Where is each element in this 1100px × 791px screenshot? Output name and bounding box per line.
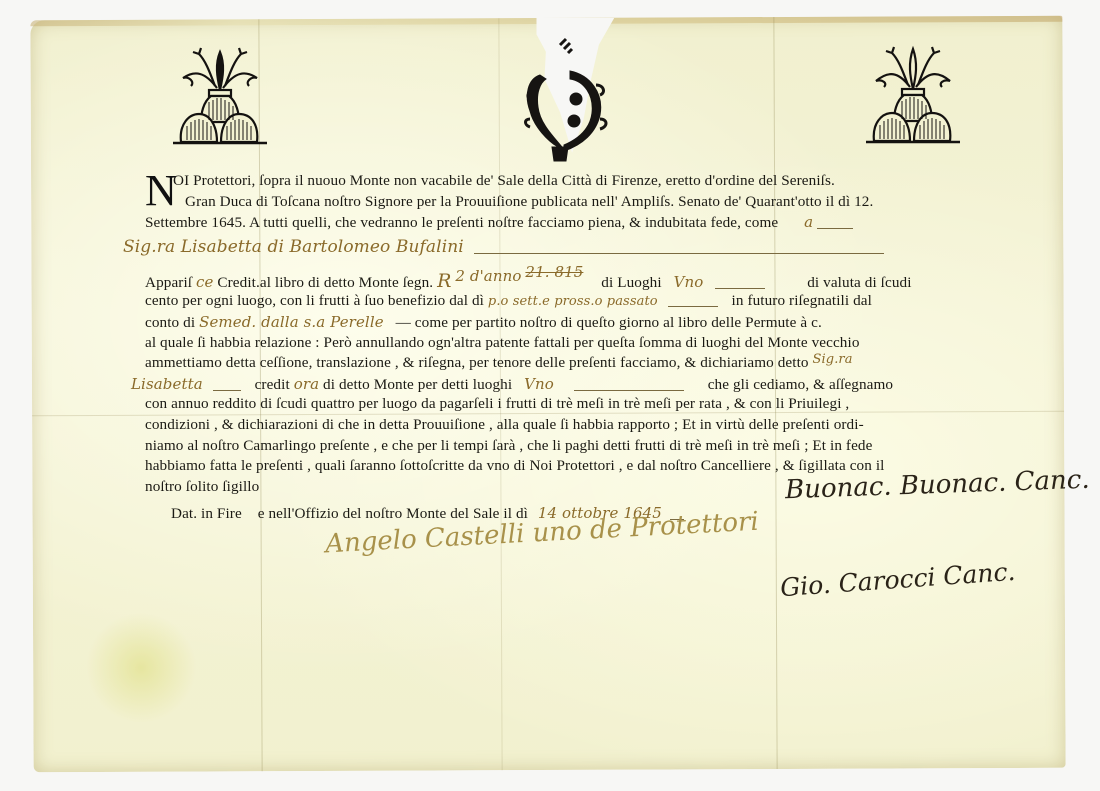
printed-text: cento per ogni luogo, con li frutti à ſu… [145,292,484,309]
text-line: cento per ogni luogo, con li frutti à ſu… [145,291,965,312]
text-line: Settembre 1645. A tutti quelli, che vedr… [145,212,965,233]
text-line: con annuo reddito di ſcudi quattro per l… [145,394,965,415]
printed-line-2: Gran Duca di Toſcana noſtro Signore per … [145,193,873,210]
printed-text: di Luoghi [601,274,661,291]
fill-blank [817,218,853,229]
handwritten-conto: Semed. dalla s.a Perelle [199,313,384,331]
printed-text: e nell'Offizio del noſtro Monte del Sale… [258,505,528,522]
text-line: conto di Semed. dalla s.a Perelle — come… [145,312,965,333]
printed-text: che gli cediamo, & aſſegnamo [708,376,893,393]
handwritten-struck-number: 21. 815 [525,263,583,281]
printed-text: noſtro ſolito ſigillo [145,478,259,495]
text-line: Lisabetta credit ora di detto Monte per … [145,374,965,395]
handwritten-annotation: ce [196,273,213,291]
printed-text: condizioni , & dichiarazioni di che in d… [145,416,864,433]
text-line: niamo al noſtro Camarlingo preſente , e … [145,436,965,457]
handwritten-annotation: Sig.ra [813,352,853,367]
handwritten-ledger-ref: 2 d'anno [455,267,521,285]
handwritten-luoghi-count: Vno [524,375,554,393]
printed-text: Credit.al libro di detto Monte ſegn. [217,274,433,291]
fill-blank [574,380,684,391]
fill-blank [668,296,718,307]
printed-text: niamo al noſtro Camarlingo preſente , e … [145,437,872,454]
printed-text: Appariſ [145,274,192,291]
text-line: Appariſ ce Credit.al libro di detto Mont… [145,271,965,292]
printed-text: di valuta di ſcudi [807,274,911,291]
printed-text: con annuo reddito di ſcudi quattro per l… [145,395,849,412]
fill-blank [213,380,241,391]
printed-text: in futuro riſegnatili dal [732,292,872,309]
handwritten-annotation: ora [294,375,319,393]
handwritten-frutti-date: p.o sett.e pross.o passato [488,294,658,309]
text-line: condizioni , & dichiarazioni di che in d… [145,415,965,436]
text-line: Gran Duca di Toſcana noſtro Signore per … [145,192,965,213]
printed-text: credit [255,376,290,393]
printed-text: di detto Monte per detti luoghi [323,376,512,393]
handwritten-annotation: a [804,213,813,231]
fill-blank [715,278,765,289]
salt-mound-emblem-left-icon [165,42,275,147]
seal-cartouche-icon [500,35,620,165]
printed-line-3: Settembre 1645. A tutti quelli, che vedr… [145,214,778,231]
fill-blank [474,243,884,254]
printed-text: — come per partito noſtro di queſto gior… [396,314,822,331]
printed-text: al quale ſi habbia relazione : Però annu… [145,334,860,351]
salt-mound-emblem-right-icon [858,40,968,147]
printed-text: conto di [145,314,195,331]
printed-text: ammettiamo detta ceſſione, translazione … [145,354,809,371]
handwritten-luoghi-count: Vno [674,273,704,291]
text-line: ammettiamo detta ceſſione, translazione … [145,353,965,374]
text-line: N OI Protettori, ſopra il nuouo Monte no… [145,171,965,192]
handwritten-ledger-mark: R [437,270,451,292]
certificate-body: N OI Protettori, ſopra il nuouo Monte no… [145,171,965,524]
printed-text: habbiamo fatta le preſenti , quali ſaran… [145,457,884,474]
text-line: al quale ſi habbia relazione : Però annu… [145,333,965,354]
handwritten-name: Lisabetta [131,375,203,393]
printed-text: Dat. in Fire [171,505,242,522]
handwritten-recipient: Sig.ra Lisabetta di Bartolomeo Bufalini [123,237,464,257]
printed-line-1: OI Protettori, ſopra il nuouo Monte non … [145,172,835,189]
